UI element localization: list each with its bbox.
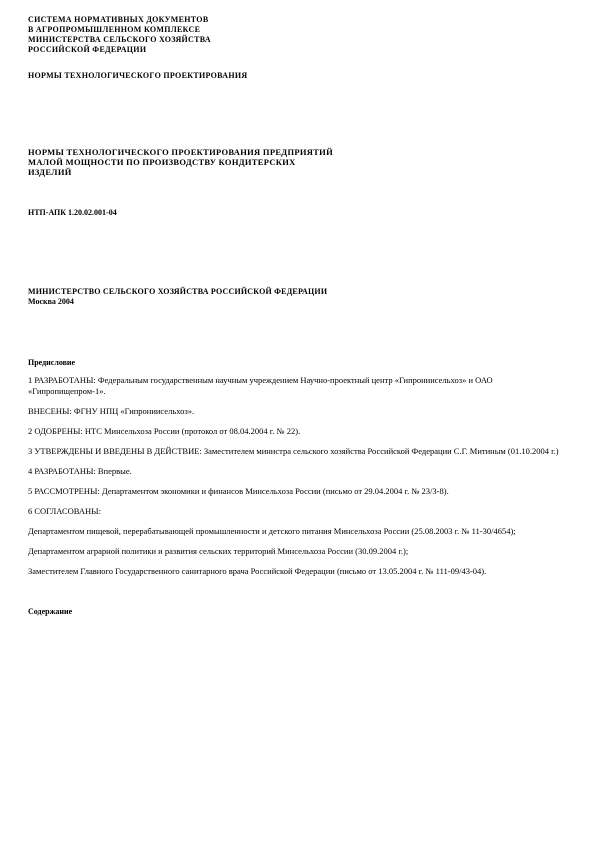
system-header-line-1: СИСТЕМА НОРМАТИВНЫХ ДОКУМЕНТОВ <box>28 15 567 25</box>
preface-body: 1 РАЗРАБОТАНЫ: Федеральным государственн… <box>28 375 567 577</box>
ministry-name: МИНИСТЕРСТВО СЕЛЬСКОГО ХОЗЯЙСТВА РОССИЙС… <box>28 287 567 297</box>
system-header-line-2: В АГРОПРОМЫШЛЕННОМ КОМПЛЕКСЕ <box>28 25 567 35</box>
publisher-block: МИНИСТЕРСТВО СЕЛЬСКОГО ХОЗЯЙСТВА РОССИЙС… <box>28 287 567 307</box>
document-designation: НТП-АПК 1.20.02.001-04 <box>28 208 567 218</box>
preface-paragraph-8: Департаментом пищевой, перерабатывающей … <box>28 526 567 537</box>
preface-heading: Предисловие <box>28 358 567 368</box>
system-header-line-4: РОССИЙСКОЙ ФЕДЕРАЦИИ <box>28 45 567 55</box>
system-header-block: СИСТЕМА НОРМАТИВНЫХ ДОКУМЕНТОВ В АГРОПРО… <box>28 15 567 55</box>
preface-paragraph-6: 5 РАССМОТРЕНЫ: Департаментом экономики и… <box>28 486 567 497</box>
preface-paragraph-7: 6 СОГЛАСОВАНЫ: <box>28 506 567 517</box>
contents-heading: Содержание <box>28 607 567 617</box>
city-year: Москва 2004 <box>28 297 567 307</box>
preface-paragraph-2: ВНЕСЕНЫ: ФГНУ НПЦ «Гипрониисельхоз». <box>28 406 567 417</box>
preface-paragraph-5: 4 РАЗРАБОТАНЫ: Впервые. <box>28 466 567 477</box>
preface-paragraph-9: Департаментом аграрной политики и развит… <box>28 546 567 557</box>
document-title: НОРМЫ ТЕХНОЛОГИЧЕСКОГО ПРОЕКТИРОВАНИЯ ПР… <box>28 147 338 177</box>
preface-paragraph-1: 1 РАЗРАБОТАНЫ: Федеральным государственн… <box>28 375 567 397</box>
preface-paragraph-10: Заместителем Главного Государственного с… <box>28 566 567 577</box>
doc-type-heading: НОРМЫ ТЕХНОЛОГИЧЕСКОГО ПРОЕКТИРОВАНИЯ <box>28 71 567 81</box>
system-header-line-3: МИНИСТЕРСТВА СЕЛЬСКОГО ХОЗЯЙСТВА <box>28 35 567 45</box>
preface-paragraph-3: 2 ОДОБРЕНЫ: НТС Минсельхоза России (прот… <box>28 426 567 437</box>
preface-paragraph-4: 3 УТВЕРЖДЕНЫ И ВВЕДЕНЫ В ДЕЙСТВИЕ: Замес… <box>28 446 567 457</box>
document-page: СИСТЕМА НОРМАТИВНЫХ ДОКУМЕНТОВ В АГРОПРО… <box>0 0 595 842</box>
